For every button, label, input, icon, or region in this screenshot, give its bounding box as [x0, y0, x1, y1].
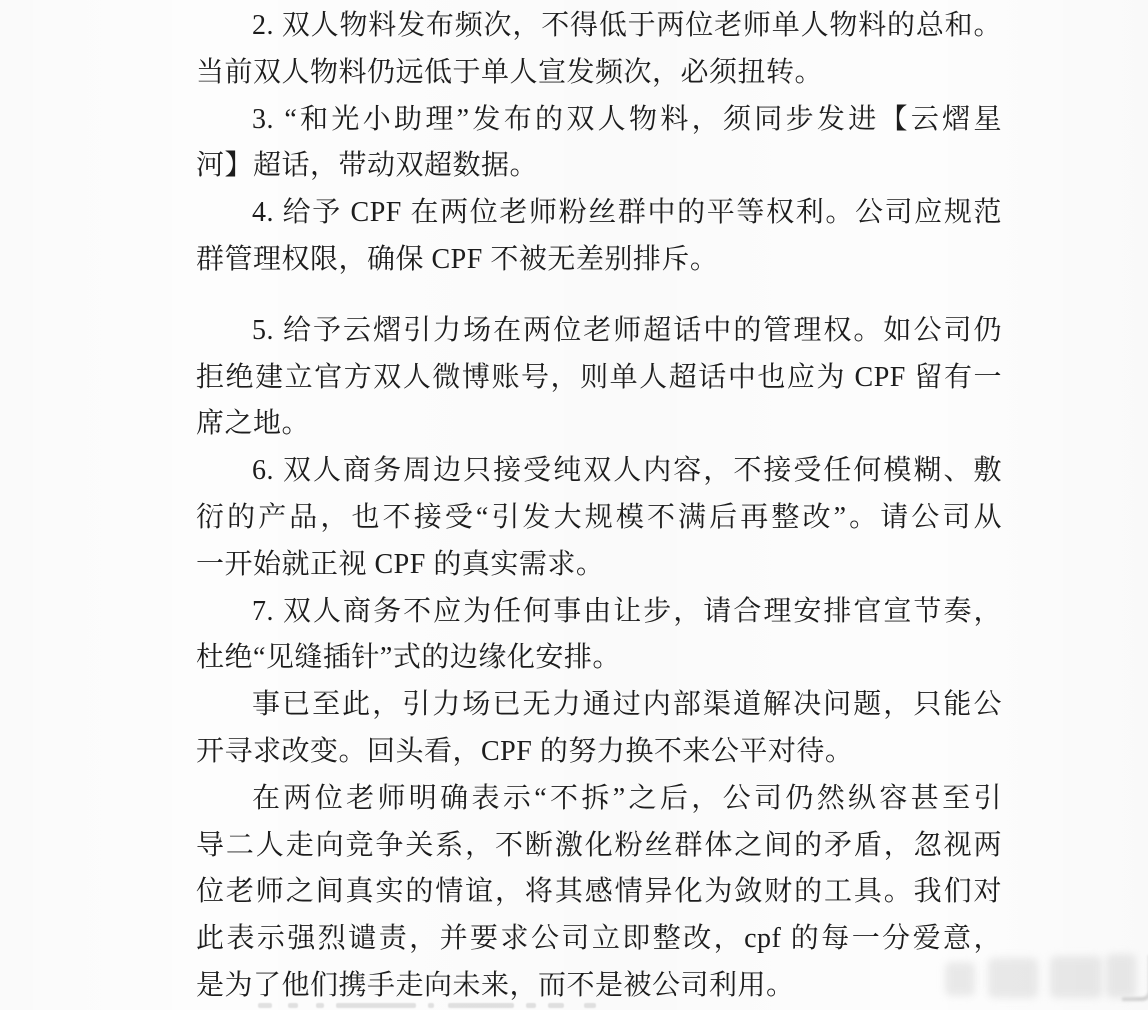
text-line: 位老师之间真实的情谊，将其感情异化为敛财的工具。我们对 — [196, 869, 1002, 916]
text-line: 在两位老师明确表示“不拆”之后，公司仍然纵容甚至引 — [196, 776, 1002, 823]
text-line: 7. 双人商务不应为任何事由让步，请合理安排官宣节奏， — [196, 589, 1002, 636]
text-line: 事已至此，引力场已无力通过内部渠道解决问题，只能公 — [196, 682, 1002, 729]
text-line: 席之地。 — [196, 401, 1002, 448]
cutoff-glyph-fragment — [526, 1003, 536, 1008]
text-line: 导二人走向竞争关系，不断激化粉丝群体之间的矛盾，忽视两 — [196, 823, 1002, 870]
text-line: 6. 双人商务周边只接受纯双人内容，不接受任何模糊、敷 — [196, 448, 1002, 495]
cutoff-glyph-fragment — [428, 1003, 434, 1008]
watermark-block — [1050, 956, 1102, 998]
cutoff-glyph-fragment — [258, 1003, 272, 1008]
cutoff-glyph-fragment — [548, 1003, 564, 1008]
text-line: 3. “和光小助理”发布的双人物料，须同步发进【云熠星 — [196, 97, 1002, 144]
text-line: 衍的产品，也不接受“引发大规模不满后再整改”。请公司从 — [196, 495, 1002, 542]
text-line: 杜绝“见缝插针”式的边缘化安排。 — [196, 635, 1002, 682]
cutoff-glyph-fragment — [448, 1003, 514, 1008]
watermark-block — [988, 958, 1038, 998]
text-line: 河】超话，带动双超数据。 — [196, 143, 1002, 190]
cutoff-glyph-fragment — [316, 1003, 324, 1008]
text-line: 群管理权限，确保 CPF 不被无差别排斥。 — [196, 237, 1002, 284]
text-line: 4. 给予 CPF 在两位老师粉丝群中的平等权利。公司应规范 — [196, 190, 1002, 237]
cutoff-glyph-fragment — [336, 1003, 416, 1008]
text-line: 一开始就正视 CPF 的真实需求。 — [196, 542, 1002, 589]
cutoff-glyph-fragment — [288, 1003, 298, 1008]
watermark-block — [1106, 954, 1136, 998]
text-line: 拒绝建立官方双人微博账号，则单人超话中也应为 CPF 留有一 — [196, 355, 1002, 402]
text-line: 5. 给予云熠引力场在两位老师超话中的管理权。如公司仍 — [196, 308, 1002, 355]
watermark-block — [945, 962, 975, 996]
text-line: 此表示强烈谴责，并要求公司立即整改，cpf 的每一分爱意， — [196, 916, 1002, 963]
text-line: 开寻求改变。回头看，CPF 的努力换不来公平对待。 — [196, 729, 1002, 776]
text-line: 2. 双人物料发布频次，不得低于两位老师单人物料的总和。 — [196, 3, 1002, 50]
document-page: 2. 双人物料发布频次，不得低于两位老师单人物料的总和。当前双人物料仍远低于单人… — [0, 0, 1148, 1010]
cutoff-glyph-fragment — [584, 1003, 596, 1008]
text-line: 当前双人物料仍远低于单人宣发频次，必须扭转。 — [196, 50, 1002, 97]
document-lines: 2. 双人物料发布频次，不得低于两位老师单人物料的总和。当前双人物料仍远低于单人… — [196, 3, 1002, 1010]
